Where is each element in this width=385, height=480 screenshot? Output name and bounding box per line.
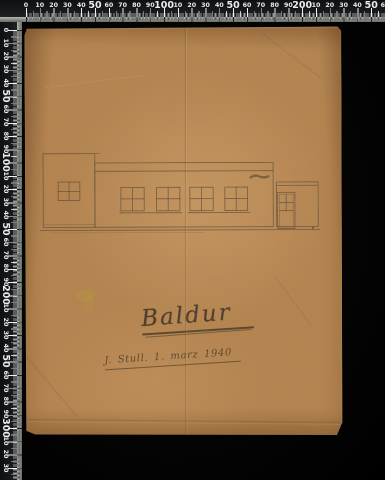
ruler-left: 0102030405060708090100102030405060708090… bbox=[0, 9, 22, 480]
ruler-label: 80 bbox=[1, 131, 7, 140]
ruler-top-major-ticks bbox=[26, 8, 385, 17]
ruler-label: 30 bbox=[1, 65, 7, 74]
ruler-label: 10 bbox=[1, 437, 7, 446]
ruler-label: 40 bbox=[77, 3, 86, 9]
ruler-top: 0102030405060708090100102030405060708090… bbox=[0, 0, 385, 22]
ruler-label: 20 bbox=[187, 3, 196, 9]
ruler-label: 40 bbox=[353, 3, 362, 9]
ruler-top-edge-major-ticks bbox=[26, 17, 385, 22]
ruler-label: 20 bbox=[1, 184, 7, 193]
ruler-label: 20 bbox=[1, 450, 7, 459]
ruler-label: 60 bbox=[1, 370, 7, 379]
ruler-label: 100 bbox=[154, 1, 174, 11]
ruler-left-edge-major-ticks bbox=[17, 30, 22, 480]
ruler-label: 0 bbox=[24, 3, 28, 9]
ruler-label: 30 bbox=[63, 3, 72, 9]
ruler-label: 40 bbox=[1, 78, 7, 87]
ruler-label: 60 bbox=[381, 3, 385, 9]
paper-grain-texture bbox=[24, 26, 342, 436]
ruler-label: 20 bbox=[1, 317, 7, 326]
ruler-label: 40 bbox=[1, 344, 7, 353]
ruler-label: 100 bbox=[0, 152, 9, 172]
photo-stage: Baldur J. Stull. 1. marz 1940 bbox=[0, 0, 385, 480]
ruler-label: 60 bbox=[1, 238, 7, 247]
ruler-label: 70 bbox=[1, 118, 7, 127]
ruler-label: 10 bbox=[35, 3, 44, 9]
ruler-label: 30 bbox=[1, 463, 7, 472]
ruler-label: 10 bbox=[1, 304, 7, 313]
ruler-label: 20 bbox=[1, 52, 7, 61]
ruler-label: 70 bbox=[1, 383, 7, 392]
kraft-paper-document: Baldur J. Stull. 1. marz 1940 bbox=[24, 26, 342, 436]
ruler-label: 40 bbox=[1, 211, 7, 220]
ruler-label: 20 bbox=[325, 3, 334, 9]
ruler-label: 50 bbox=[88, 1, 101, 11]
ruler-label: 200 bbox=[292, 1, 312, 11]
ruler-label: 50 bbox=[0, 222, 9, 235]
ruler-label: 60 bbox=[104, 3, 113, 9]
ruler-label: 200 bbox=[0, 285, 9, 305]
ruler-label: 10 bbox=[174, 3, 183, 9]
ruler-label: 70 bbox=[118, 3, 127, 9]
ruler-label: 80 bbox=[270, 3, 279, 9]
ruler-label: 60 bbox=[243, 3, 252, 9]
ruler-label: 10 bbox=[1, 171, 7, 180]
ruler-label: 70 bbox=[256, 3, 265, 9]
ruler-label: 60 bbox=[1, 105, 7, 114]
ruler-label: 10 bbox=[312, 3, 321, 9]
ruler-label: 0 bbox=[1, 27, 7, 31]
ruler-label: 80 bbox=[132, 3, 141, 9]
ruler-label: 300 bbox=[0, 418, 9, 438]
ruler-label: 30 bbox=[201, 3, 210, 9]
ruler-label: 40 bbox=[215, 3, 224, 9]
ruler-label: 30 bbox=[1, 330, 7, 339]
ruler-label: 80 bbox=[1, 264, 7, 273]
ruler-label: 50 bbox=[0, 355, 9, 368]
ruler-label: 50 bbox=[227, 1, 240, 11]
ruler-label: 10 bbox=[1, 38, 7, 47]
ruler-label: 20 bbox=[49, 3, 58, 9]
ruler-label: 70 bbox=[1, 251, 7, 260]
ruler-label: 50 bbox=[365, 1, 378, 11]
ruler-label: 30 bbox=[1, 198, 7, 207]
ruler-label: 80 bbox=[1, 397, 7, 406]
ruler-label: 30 bbox=[339, 3, 348, 9]
ruler-label: 50 bbox=[0, 89, 9, 102]
